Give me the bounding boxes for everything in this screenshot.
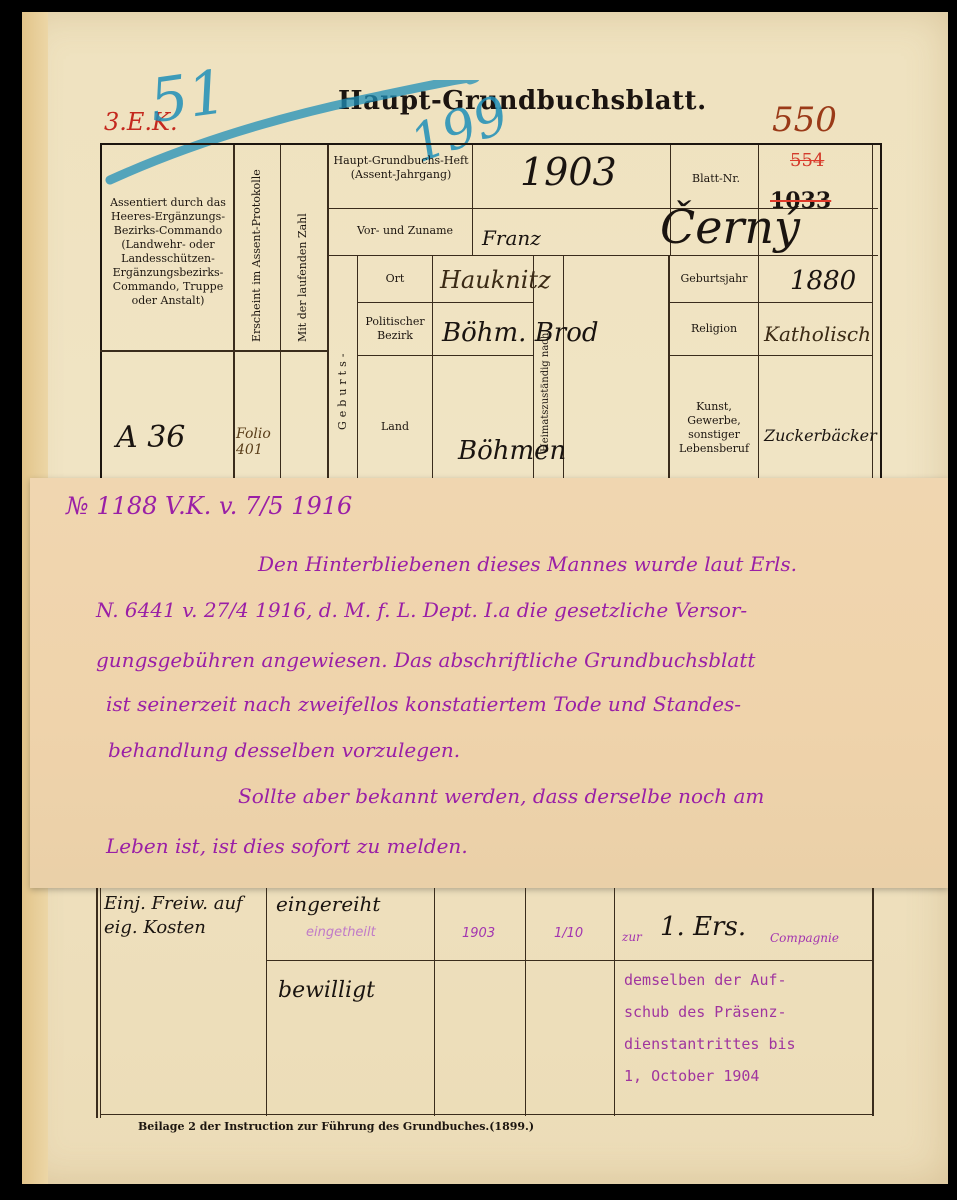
form-footer: Beilage 2 der Instruction zur Führung de… <box>138 1120 534 1133</box>
protokoll-value: Folio 401 <box>236 426 280 458</box>
religion-label: Religion <box>672 322 756 336</box>
note-line-8: Leben ist, ist dies sofort zu melden. <box>106 834 468 858</box>
religion-value: Katholisch <box>764 322 871 346</box>
heimat-label: Heimatszuständig nach <box>540 333 551 452</box>
enlistment-type: Einj. Freiw. auf eig. Kosten <box>104 892 264 940</box>
first-name-value: Franz <box>482 226 541 250</box>
ort-label: Ort <box>360 272 430 286</box>
year-stamp: 1903 <box>462 926 495 941</box>
bezirk-value: Böhm. Brod <box>442 318 599 348</box>
heft-label: Haupt-Grundbuchs-Heft (Assent-Jahrgang) <box>332 154 470 182</box>
assentiert-label: Assentiert durch das Heeres-Ergänzungs-B… <box>106 196 230 308</box>
note-line-6: behandlung desselben vorzulegen. <box>108 738 460 762</box>
note-line-4: gungsgebühren angewiesen. Das abschriftl… <box>96 648 755 672</box>
beruf-value: Zuckerbäcker <box>764 426 877 445</box>
bezirk-label: Politischer Bezirk <box>360 315 430 343</box>
last-name-value: Černý <box>660 200 800 254</box>
company-suffix: Compagnie <box>770 931 839 945</box>
deferral-stamp-line-1: demselben der Auf- <box>624 964 787 996</box>
eingereiht-hand: eingereiht <box>276 892 380 916</box>
bewilligt-hand: bewilligt <box>278 978 375 1003</box>
geburtsjahr-value: 1880 <box>790 266 856 296</box>
eingetheilt-stamp: eingetheilt <box>306 925 376 940</box>
note-line-5: ist seinerzeit nach zweifellos konstatie… <box>106 692 741 716</box>
note-line-3: N. 6441 v. 27/4 1916, d. M. f. L. Dept. … <box>96 598 747 622</box>
blatt-value-struck: 554 <box>790 150 824 171</box>
deferral-stamp-line-4: 1, October 1904 <box>624 1060 759 1092</box>
company-value: 1. Ers. <box>660 912 746 942</box>
geburtsjahr-label: Geburtsjahr <box>672 272 756 286</box>
laufende-zahl-label: Mit der laufenden Zahl <box>296 213 309 342</box>
sheet-number: 550 <box>772 100 837 140</box>
pasted-note <box>30 478 948 888</box>
beruf-label: Kunst, Gewerbe, sonstiger Lebensberuf <box>672 400 756 456</box>
deferral-stamp-line-3: dienstantrittes bis <box>624 1028 796 1060</box>
note-line-7: Sollte aber bekannt werden, dass derselb… <box>238 784 764 808</box>
date-stamp: 1/10 <box>554 926 583 941</box>
note-line-2: Den Hinterbliebenen dieses Mannes wurde … <box>258 552 797 576</box>
heft-value: 1903 <box>520 150 617 194</box>
name-label: Vor- und Zuname <box>340 224 470 238</box>
deferral-stamp-line-2: schub des Präsenz- <box>624 996 787 1028</box>
company-prefix: zur <box>622 930 642 944</box>
note-line-1: № 1188 V.K. v. 7/5 1916 <box>66 492 352 520</box>
geburts-label: Geburts- <box>336 350 349 430</box>
blatt-label: Blatt-Nr. <box>676 172 756 186</box>
assentiert-value: A 36 <box>116 420 185 455</box>
erscheint-label: Erscheint im Assent-Protokolle <box>250 169 263 342</box>
ort-value: Hauknitz <box>440 266 551 294</box>
land-label: Land <box>360 420 430 434</box>
